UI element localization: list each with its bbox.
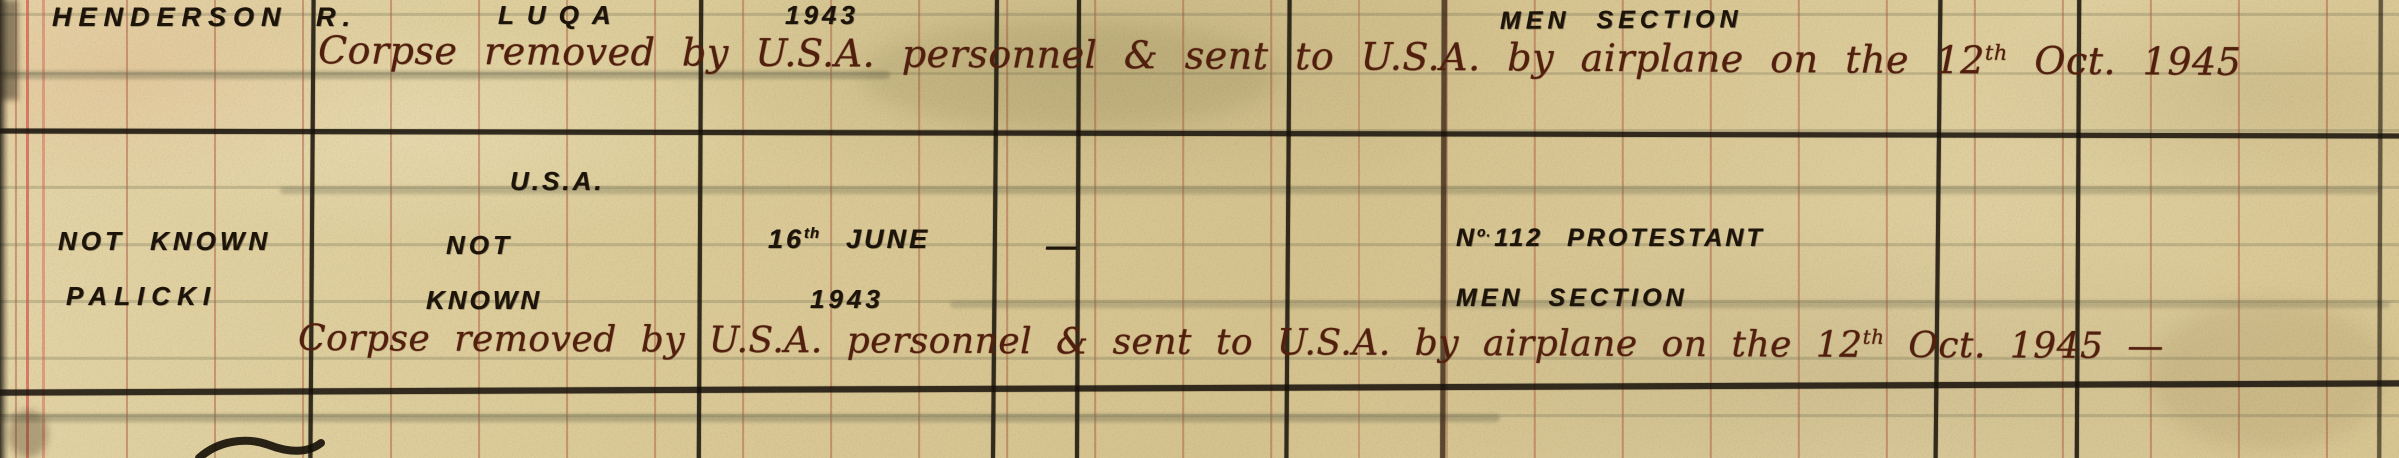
date-day-superscript: th [804,226,820,242]
handwriting-stroke-partial [195,436,325,458]
date-month: JUNE [846,224,930,254]
note-superscript: th [1863,326,1885,349]
smudge [0,414,1500,422]
row1-place: LUQA [498,0,624,31]
row2-known-line2: KNOWN [426,285,542,316]
scan-edge-shadow [0,0,9,458]
scanned-register-page: HENDERSON R. LUQA 1943 MEN SECTION Corps… [0,0,2399,458]
row2-name-line1: NOT KNOWN [58,226,271,257]
grave-prefix: N [1456,224,1477,252]
grave-superscript: o. [1477,225,1491,240]
row1-section: MEN SECTION [1500,5,1743,36]
row-divider [0,128,2399,138]
date-day: 16 [768,224,804,254]
stain [2150,300,2390,450]
row2-date-year: 1943 [810,284,884,315]
row2-burial-date: 16thJUNE [768,224,930,255]
note-text: Oct. 1945 [2008,38,2242,83]
row-divider [0,380,2399,395]
row2-known-line1: NOT [446,230,513,261]
row2-section: MEN SECTION [1456,284,1688,313]
row2-grave-number: No.112 PROTESTANT [1456,224,1765,253]
row2-empty-dash: — [1046,230,1076,264]
note-text: Corpse removed by U.S.A. personnel & sen… [298,318,1863,366]
note-superscript: th [1985,41,2008,65]
row2-name-line2: PALICKI [66,281,217,312]
row2-handwritten-note: Corpse removed by U.S.A. personnel & sen… [298,318,2164,367]
note-text: Oct. 1945 — [1884,325,2164,367]
row1-name: HENDERSON R. [52,2,357,33]
row2-nationality: U.S.A. [510,166,605,197]
row1-year: 1943 [785,0,859,31]
grave-number-type: 112 PROTESTANT [1494,224,1764,252]
column-line [2377,0,2383,458]
